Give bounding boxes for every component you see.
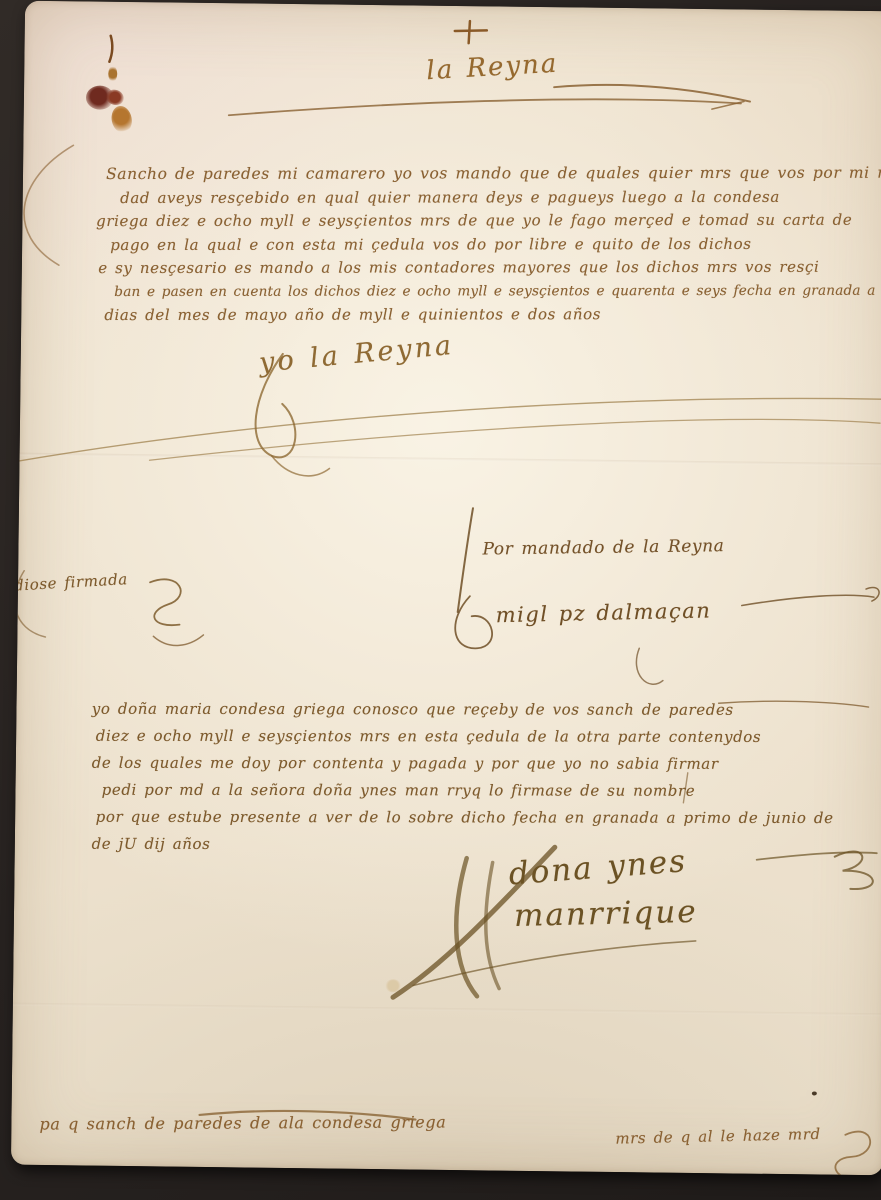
manuscript-line: pedi por md a la señora doña ynes man rr… <box>102 777 876 805</box>
manuscript-line: diez e ocho myll e seysçientos mrs en es… <box>96 723 876 751</box>
manuscript-line: pago en la qual e con esta mi çedula vos… <box>110 232 874 257</box>
almazan-tail-flourish <box>866 587 879 601</box>
receipt-body: yo doña maria condesa griega conosco que… <box>92 696 876 859</box>
almazan-rubric <box>455 596 493 649</box>
ynes-signature-flourish <box>485 862 501 988</box>
ink-tick <box>109 36 112 62</box>
countersign-order-line: Por mandado de la Reyna <box>482 536 724 559</box>
manuscript-line: de jU dij años <box>92 831 876 859</box>
left-bracket-flourish <box>23 145 73 266</box>
queen-signature-flourish <box>11 388 881 473</box>
manuscript-line: de los quales me doy por contenta y paga… <box>92 750 876 778</box>
manuscript-line: yo doña maria condesa griega conosco que… <box>92 696 876 724</box>
cross-icon <box>455 30 487 31</box>
manuscript-line: ban e pasen en cuenta los dichos diez e … <box>114 279 874 304</box>
manuscript-line: e sy nesçesario es mando a los mis conta… <box>98 256 874 281</box>
manuscript-line: por que estube presente a ver de lo sobr… <box>96 804 876 832</box>
almazan-tail-flourish <box>742 594 874 607</box>
manuscript-line: Sancho de paredes mi camarero yo vos man… <box>106 162 874 187</box>
ynes-signature-line2: manrrique <box>514 894 698 934</box>
manuscript-line: griega diez e ocho myll e seysçientos mr… <box>96 209 874 234</box>
letter-body: Sancho de paredes mi camarero yo vos man… <box>96 162 874 328</box>
almazan-descender <box>636 648 663 684</box>
manuscript-line: dias del mes de mayo año de myll e quini… <box>104 303 874 328</box>
manuscript-line: dad aveys resçebido en qual quier manera… <box>120 185 874 210</box>
manuscript-page: la Reyna Sancho de paredes mi camarero y… <box>11 1 881 1176</box>
la-reyna-underline-flourish <box>229 95 741 122</box>
queen-signature-loop <box>271 456 329 476</box>
photo-backdrop: la Reyna Sancho de paredes mi camarero y… <box>0 0 881 1200</box>
docket-left: pa q sanch de paredes de ala condesa gri… <box>39 1112 446 1133</box>
margin-note-rubric <box>153 634 203 645</box>
secretary-signature: migl pz dalmaçan <box>495 598 711 627</box>
docket-swirl <box>835 1131 870 1175</box>
margin-note-rubric <box>150 579 181 625</box>
cross-icon <box>469 21 470 43</box>
